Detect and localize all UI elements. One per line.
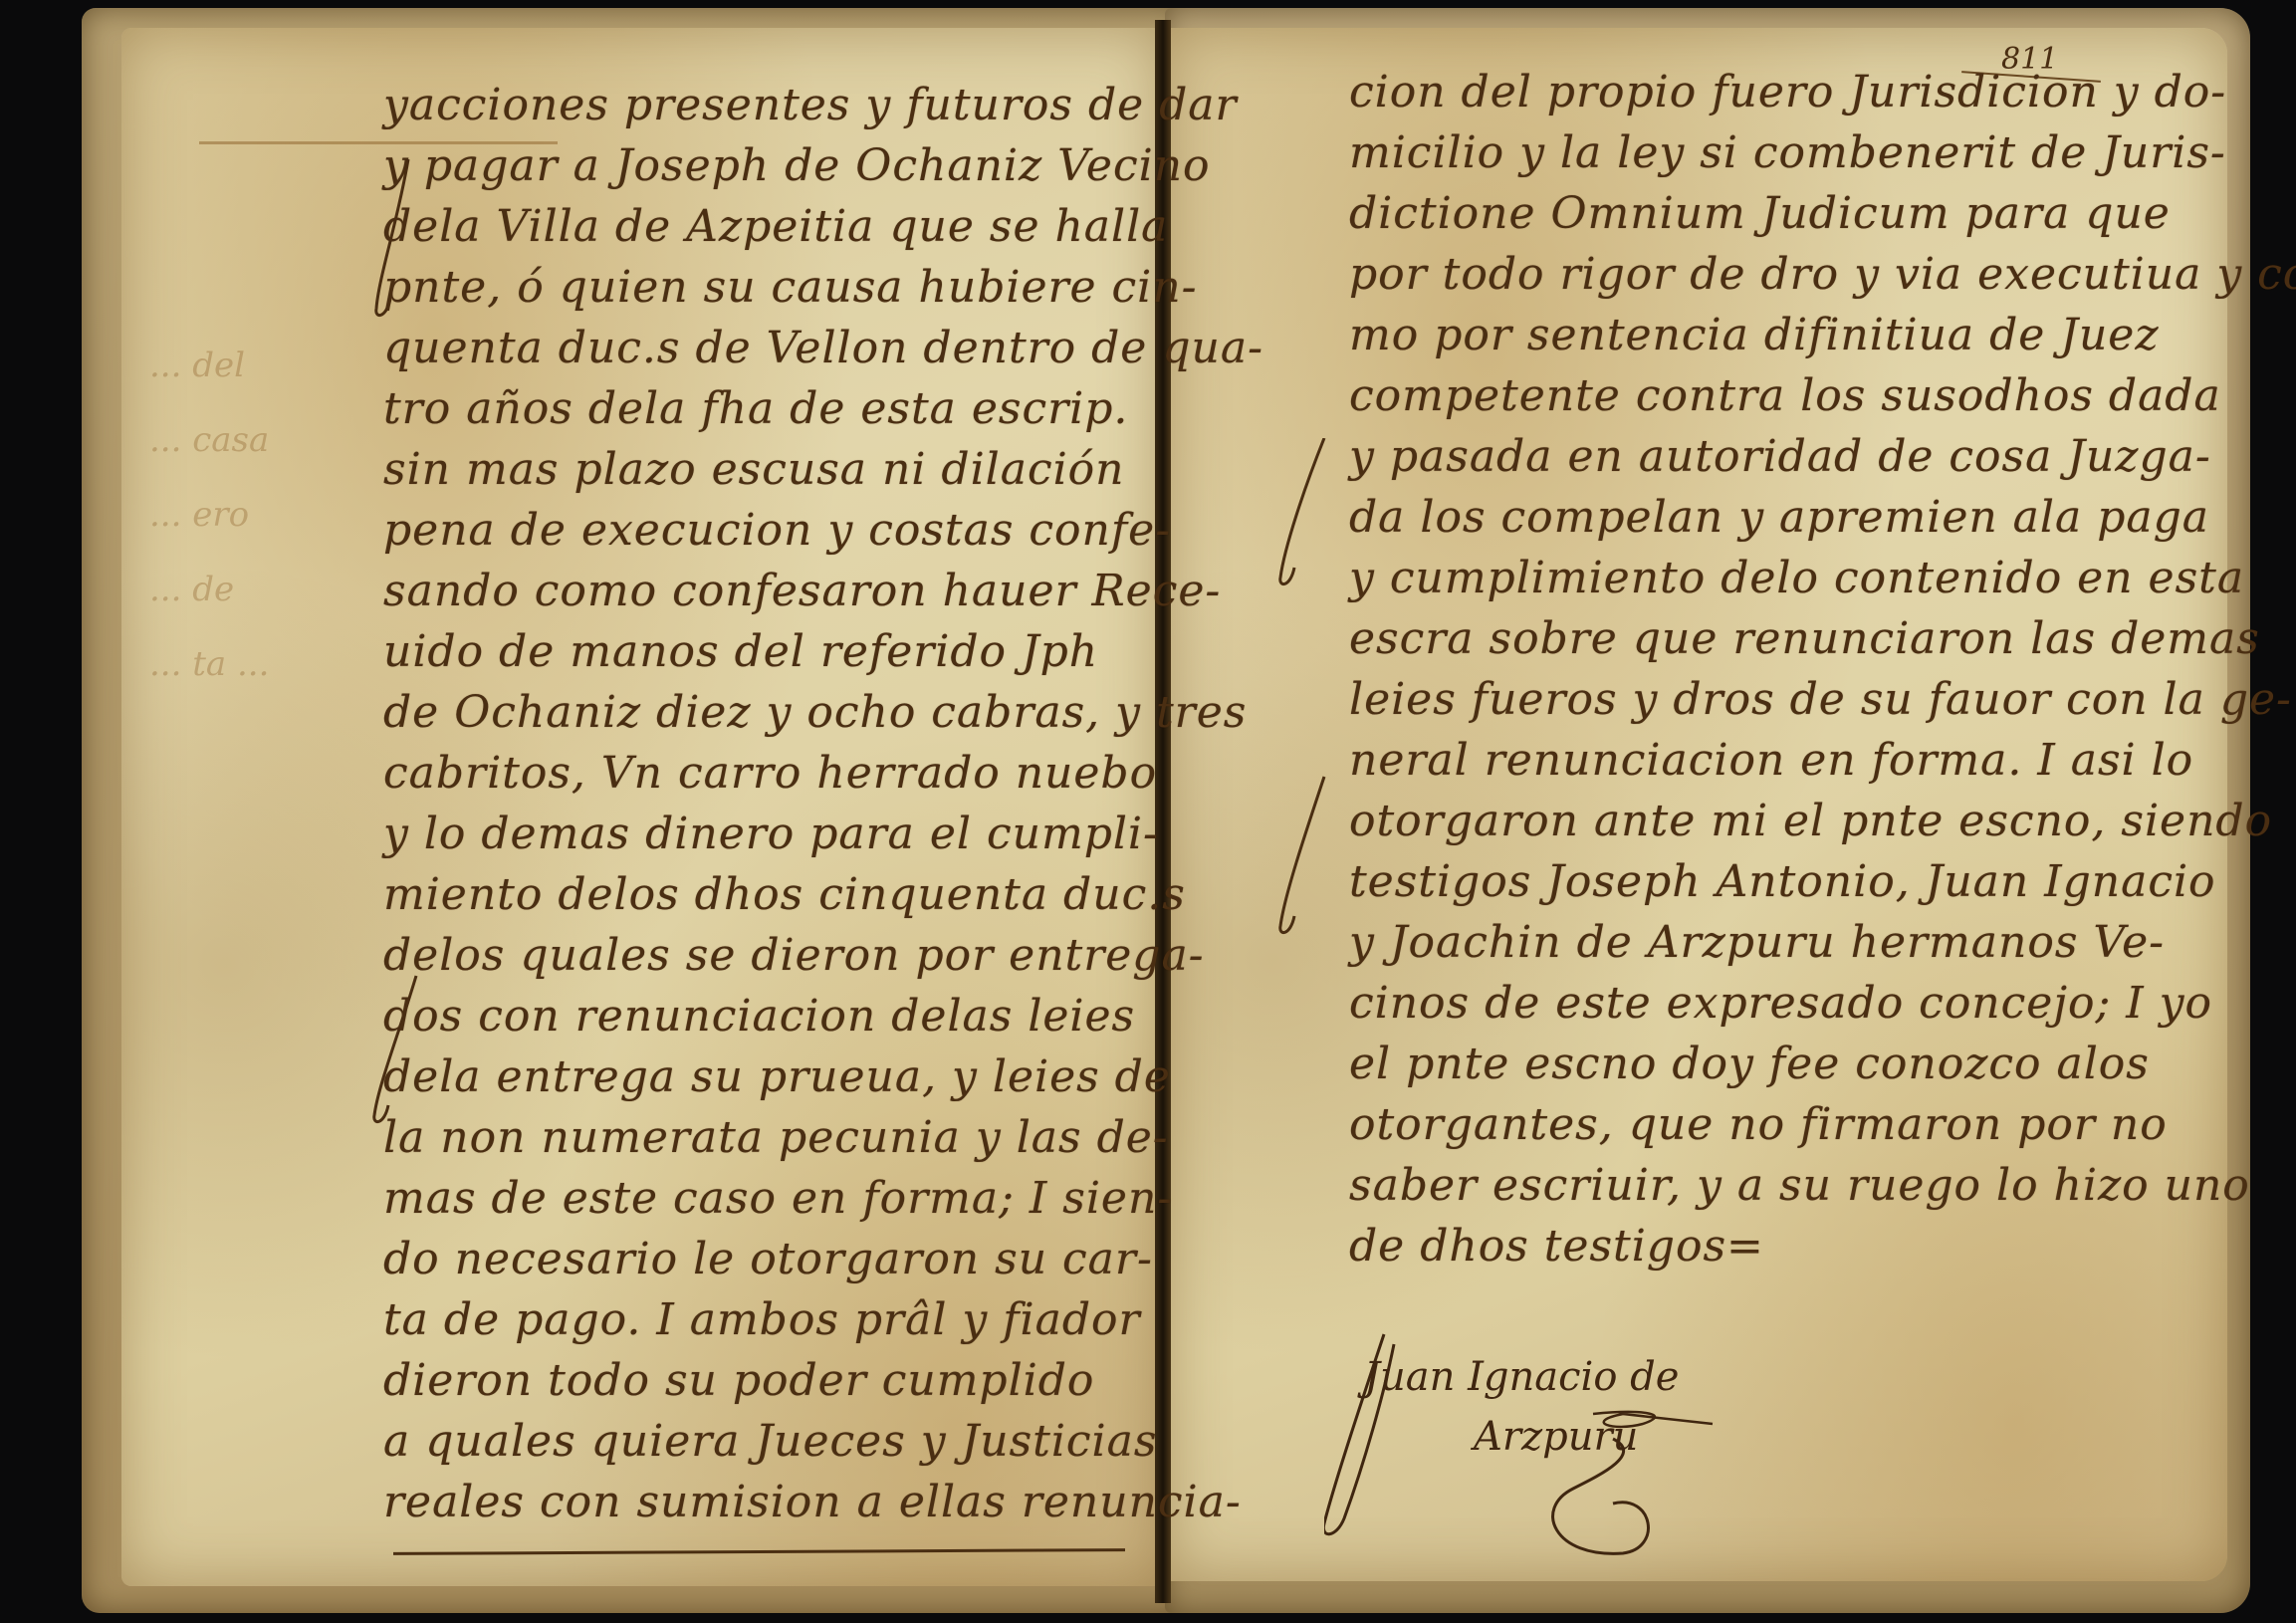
text-line: competente contra los susodhos dada [1349, 365, 2176, 426]
left-page-text: yacciones presentes y futuros de dar y p… [383, 75, 1140, 1532]
bleed-through-text: ... del ... casa ... ero ... de ... ta .… [149, 329, 378, 1523]
text-line: y lo demas dinero para el cumpli- [383, 804, 1140, 864]
text-line: quenta duc.s de Vellon dentro de qua- [383, 318, 1140, 378]
bleed-line: ... de [149, 553, 378, 627]
text-line: do necesario le otorgaron su car- [383, 1229, 1140, 1289]
text-line: tro años dela fha de esta escrip. [383, 378, 1140, 439]
text-line: pnte, ó quien su causa hubiere cin- [383, 257, 1140, 318]
text-line: reales con sumision a ellas renuncia- [383, 1472, 1140, 1532]
bleed-line: ... del [149, 329, 378, 403]
text-line: de dhos testigos= [1349, 1216, 2176, 1276]
text-line: de Ochaniz diez y ocho cabras, y tres [383, 682, 1140, 743]
signature-block: Juan Ignacio de Arzpuru [1324, 1314, 1822, 1563]
text-line: leies fueros y dros de su fauor con la g… [1349, 669, 2176, 730]
text-line: sin mas plazo escusa ni dilación [383, 439, 1140, 500]
bleed-line: ... ero [149, 478, 378, 553]
text-line: dos con renunciacion delas leies [383, 986, 1140, 1046]
bleed-line: ... ta ... [149, 627, 378, 702]
text-line: testigos Joseph Antonio, Juan Ignacio [1349, 851, 2176, 912]
text-line: sando como confesaron hauer Rece- [383, 561, 1140, 621]
text-line: micilio y la ley si combenerit de Juris- [1349, 122, 2176, 183]
text-line: saber escriuir, y a su ruego lo hizo uno [1349, 1155, 2176, 1216]
text-line: da los compelan y apremien ala paga [1349, 487, 2176, 548]
text-line: por todo rigor de dro y via executiua y … [1349, 244, 2176, 305]
text-line: yacciones presentes y futuros de dar [383, 75, 1140, 135]
bleed-line: ... casa [149, 403, 378, 478]
text-line: cion del propio fuero Jurisdicion y do- [1349, 62, 2176, 122]
text-line: dictione Omnium Judicum para que [1349, 183, 2176, 244]
text-line: uido de manos del referido Jph [383, 621, 1140, 682]
text-line: dela Villa de Azpeitia que se halla [383, 196, 1140, 257]
text-line: dela entrega su prueua, y leies de [383, 1046, 1140, 1107]
text-line: neral renunciacion en forma. I asi lo [1349, 730, 2176, 791]
text-line: y pagar a Joseph de Ochaniz Vecino [383, 135, 1140, 196]
text-line: el pnte escno doy fee conozco alos [1349, 1034, 2176, 1094]
text-line: y cumplimiento delo contenido en esta [1349, 548, 2176, 608]
text-line: la non numerata pecunia y las de- [383, 1107, 1140, 1168]
text-line: dieron todo su poder cumplido [383, 1350, 1140, 1411]
text-line: y Joachin de Arzpuru hermanos Ve- [1349, 912, 2176, 973]
text-line: cinos de este expresado concejo; I yo [1349, 973, 2176, 1034]
text-line: otorgaron ante mi el pnte escno, siendo [1349, 791, 2176, 851]
signature-line-2: Arzpuru [1474, 1414, 1638, 1460]
text-line: y pasada en autoridad de cosa Juzga- [1349, 426, 2176, 487]
text-line: a quales quiera Jueces y Justicias [383, 1411, 1140, 1472]
right-page-text: cion del propio fuero Jurisdicion y do- … [1349, 62, 2176, 1276]
text-line: miento delos dhos cinquenta duc.s [383, 864, 1140, 925]
text-line: delos quales se dieron por entrega- [383, 925, 1140, 986]
text-line: mo por sentencia difinitiua de Juez [1349, 305, 2176, 365]
text-line: mas de este caso en forma; I sien- [383, 1168, 1140, 1229]
text-line: pena de execucion y costas confe- [383, 500, 1140, 561]
margin-flourish-icon [1274, 438, 1334, 1036]
signature-line-1: Juan Ignacio de [1364, 1354, 1679, 1400]
text-line: escra sobre que renunciaron las demas [1349, 608, 2176, 669]
text-line: otorgantes, que no firmaron por no [1349, 1094, 2176, 1155]
text-line: ta de pago. I ambos prâl y fiador [383, 1289, 1140, 1350]
text-line: cabritos, Vn carro herrado nuebo [383, 743, 1140, 804]
